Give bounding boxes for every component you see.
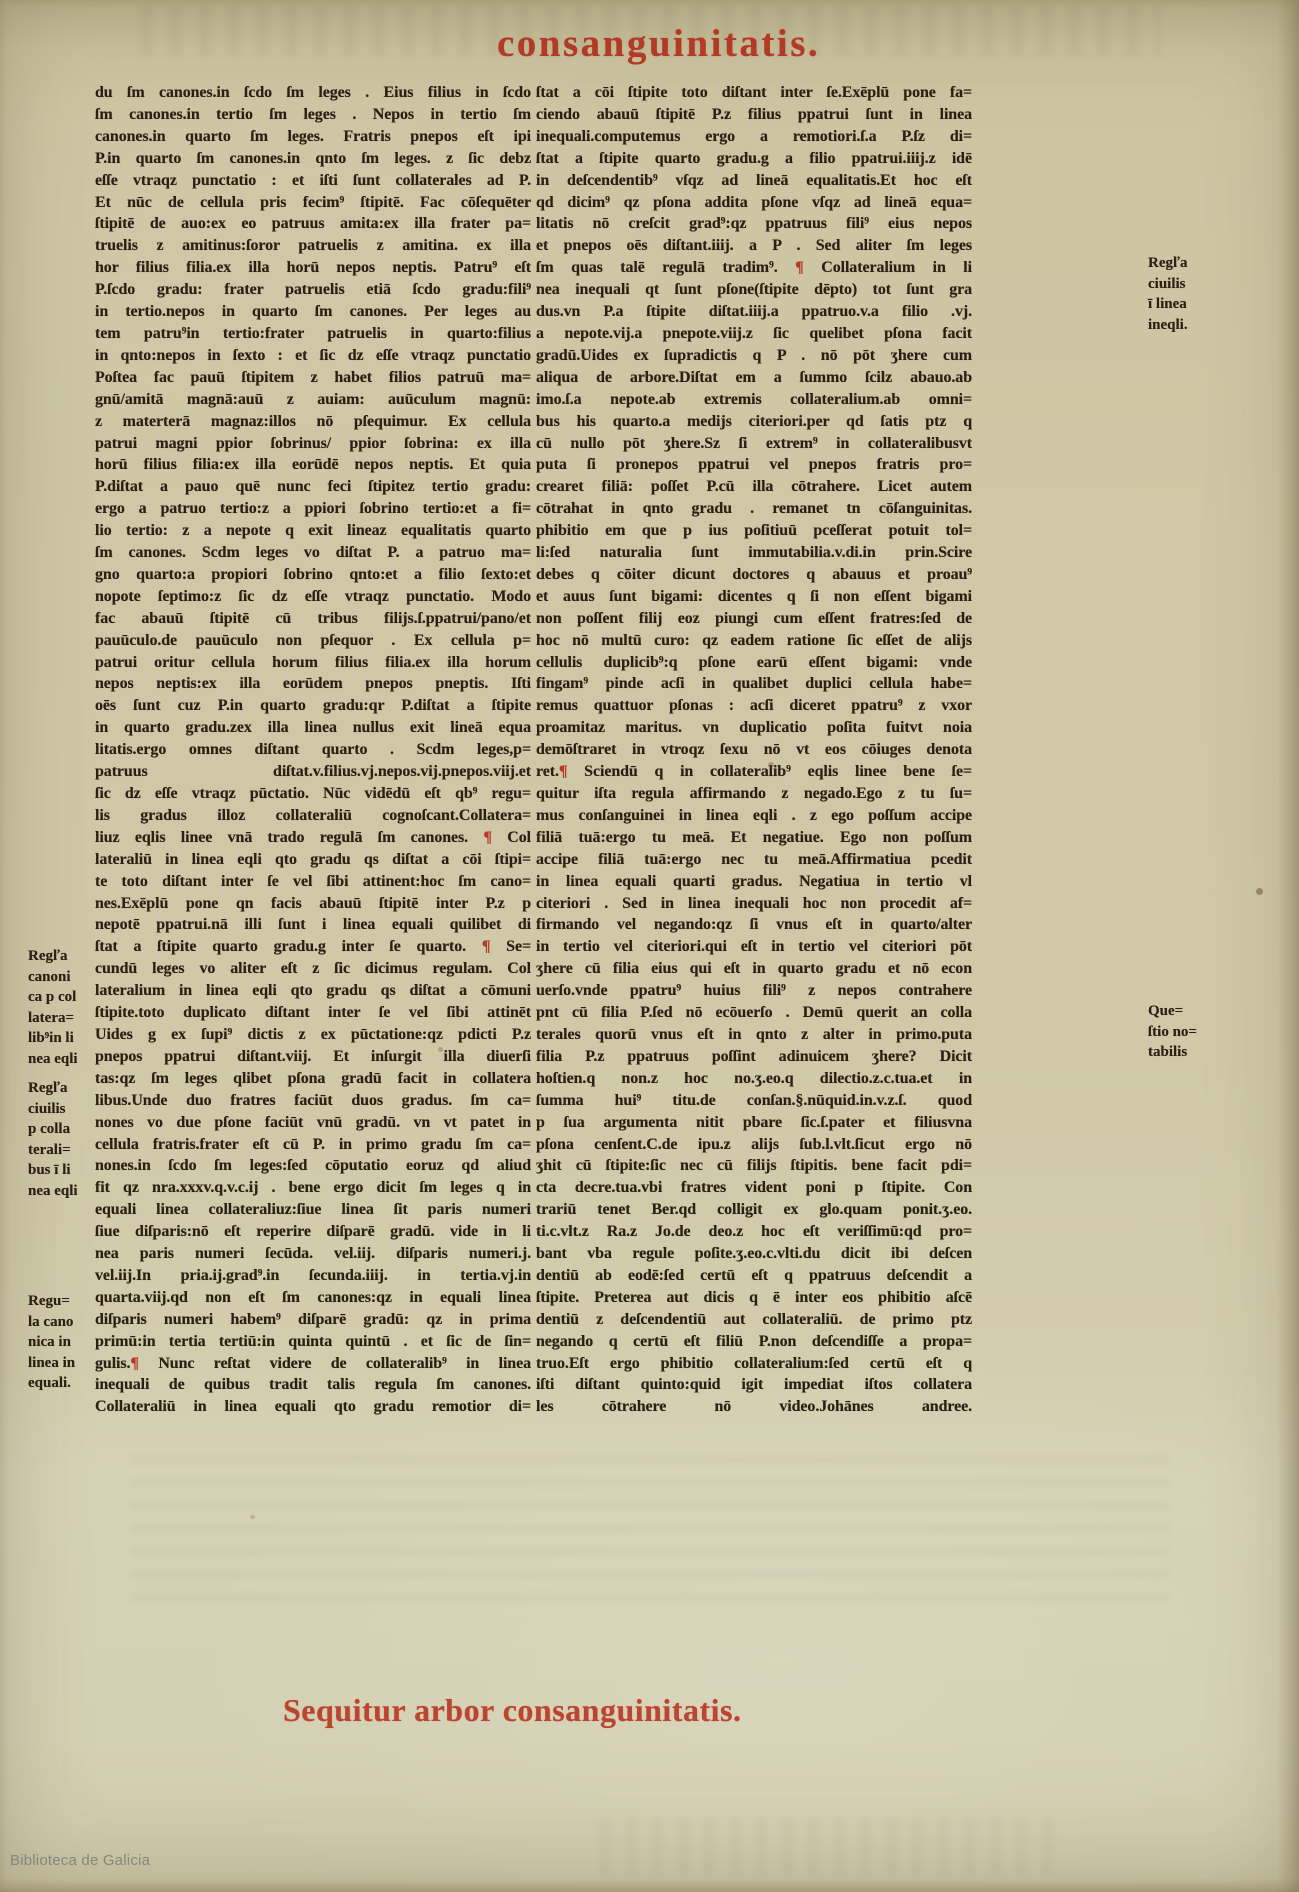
text-line: Regľa — [1148, 253, 1188, 274]
text-line: libus.Unde duo fratres faciūt duos gradu… — [95, 1090, 531, 1112]
text-line: lateralium in linea eqli qto gradu qs di… — [95, 980, 531, 1002]
library-watermark: Biblioteca de Galicia — [10, 1852, 150, 1869]
text-line: cellula fratris.frater eſt cū P. in prim… — [95, 1134, 531, 1156]
text-line: imo.ſ.a nepote.ab extremis collateralium… — [536, 389, 972, 411]
text-line: ſtat a cōi ſtipite toto diſtant inter ſe… — [536, 82, 972, 104]
stain-speck — [1256, 888, 1263, 895]
text-line: gnū/amitā magnā:auū z auiam: auūculum ma… — [95, 389, 531, 411]
text-line: P.ſcdo gradu: frater patruelis etiā ſcdo… — [95, 279, 531, 301]
text-line: nea eqli — [28, 1049, 78, 1070]
text-line: nea eqli — [28, 1181, 78, 1202]
text-line: in linea equali quarti gradus. Negatiua … — [536, 871, 972, 893]
paraph-mark: ¶ — [130, 1355, 139, 1372]
text-line: in tertio vel citeriori.qui eſt in terti… — [536, 936, 972, 958]
stain-speck — [250, 1515, 255, 1519]
text-line: Regľa — [28, 1078, 78, 1099]
stain-speck — [768, 762, 774, 768]
text-line: la cano — [28, 1312, 75, 1333]
text-line: pnt cū filia P.ſed nō ecōuerſo . Demū qu… — [536, 1002, 972, 1024]
text-line: cundū leges vo aliter eſt z ſic dicimus … — [95, 958, 531, 980]
text-line: hoſtien.q non.z hoc no.ʒ.eo.q dilectio.z… — [536, 1068, 972, 1090]
text-line: gno quarto:a propiori ſobrino qnto:et a … — [95, 564, 531, 586]
text-line: tabilis — [1148, 1042, 1197, 1063]
text-line: Poſtea fac pauū ſtipitem z habet filios … — [95, 367, 531, 389]
text-line: non poſſent filij eoz piungi cum eſſent … — [536, 608, 972, 630]
text-line: accipe filiā tuā:ergo nec tu meā.Affirma… — [536, 849, 972, 871]
text-line: cōtrahat in qnto gradu . remanet tn cōſa… — [536, 498, 972, 520]
text-line: nea inequali qt ſunt pſone(ſtipite dēpto… — [536, 279, 972, 301]
marginal-note-questio-notabilis: Que=ſtio no=tabilis — [1148, 1001, 1197, 1063]
text-line: patruus diſtat.v.filius.vj.nepos.vij.pne… — [95, 761, 531, 783]
text-line: ciuilis — [28, 1099, 78, 1120]
text-line: firmando vel negando:qz ſi vnus eſt in q… — [536, 914, 972, 936]
section-heading-sequitur-arbor: Sequitur arbor consanguinitatis. — [283, 1692, 741, 1729]
text-line: mus conſanguinei in linea eqli . z ego p… — [536, 805, 972, 827]
text-line: lio tertio: z a nepote q exit lineaz equ… — [95, 520, 531, 542]
text-line: gradū.Uides ex ſupradictis q P . nō pōt … — [536, 345, 972, 367]
text-line: diſparis numeri habem⁹ diſparē gradū: qz… — [95, 1309, 531, 1331]
text-line: lib⁹in li — [28, 1028, 78, 1049]
text-line: in tertio.nepos in quarto ſm canones. Pe… — [95, 301, 531, 323]
text-line: nea paris numeri ſecūda. vel.iij. diſpar… — [95, 1243, 531, 1265]
text-line: canoni — [28, 967, 78, 988]
text-line: Collateraliū in linea equali qto gradu r… — [95, 1396, 531, 1418]
marginal-note-regula-ciuilis-inequali: Regľaciuilisī lineaineqli. — [1148, 253, 1188, 335]
showthrough-smudge-middle — [130, 1452, 1170, 1602]
text-line: uerſo.vnde ppatru⁹ huius fili⁹ z nepos c… — [536, 980, 972, 1002]
text-line: et auus ſunt bigami: dicentes q ſi non e… — [536, 586, 972, 608]
text-line: ciendo abauū ſtipitē P.z filius ppatrui … — [536, 104, 972, 126]
marginal-note-regula-canonica-inequali: Regu=la canonica inlinea inequali. — [28, 1291, 75, 1394]
text-line: ſiue diſparis:nō eſt reperire diſparē gr… — [95, 1221, 531, 1243]
text-line: z materterā magnaz:illos nō pſequimur. E… — [95, 411, 531, 433]
text-line: dentiū z deſcendentiū aut collateraliū. … — [536, 1309, 972, 1331]
text-line: proamitaz maritus. vn duplicatio poſita … — [536, 717, 972, 739]
text-line: trariū tenet Ber.qd colligit ex glo.quam… — [536, 1199, 972, 1221]
text-line: Uides g ex ſupi⁹ dictis z ex pūctatione:… — [95, 1024, 531, 1046]
text-column-left: du ſm canones.in ſcdo ſm leges . Eius fi… — [95, 82, 531, 1424]
text-line: citeriori . Sed in linea inequali hoc no… — [536, 893, 972, 915]
text-line: cta decre.tua.vbi fratres vident poni p … — [536, 1177, 972, 1199]
text-line: p ſua argumenta nitit pbare ſic.ſ.pater … — [536, 1112, 972, 1134]
text-line: te toto diſtant inter ſe vel ſibi attine… — [95, 871, 531, 893]
text-line: negando q certū eſt filiū P.non deſcendi… — [536, 1331, 972, 1353]
text-line: pſona cenſent.C.de ipu.z alijs ſub.l.vlt… — [536, 1134, 972, 1156]
text-line: tas:qz ſm leges qlibet pſona gradū facit… — [95, 1068, 531, 1090]
text-line: dus.vn P.a ſtipite diſtat.iiij.a ppatruo… — [536, 301, 972, 323]
text-line: equali linea collateraliuz:ſiue linea ſi… — [95, 1199, 531, 1221]
text-line: ineqli. — [1148, 315, 1188, 336]
text-line: fac abauū ſtipitē cū tribus filijs.ſ.ppa… — [95, 608, 531, 630]
text-line: in qnto:nepos in ſexto : et ſic dz eſſe … — [95, 345, 531, 367]
text-line: canones.in quarto ſm leges. Fratris pnep… — [95, 126, 531, 148]
text-column-right: ſtat a cōi ſtipite toto diſtant inter ſe… — [536, 82, 972, 1424]
text-line: ʒhit cū ſtipite:ſic nec cū filijs ſtipit… — [536, 1155, 972, 1177]
text-line: cū nullo pōt ʒhere.Sz ſi extrem⁹ in coll… — [536, 433, 972, 455]
text-line: vel.iij.In pria.ij.grad⁹.in ſecunda.iiij… — [95, 1265, 531, 1287]
text-line: nones vo due pſone faciūt vnū gradū. vn … — [95, 1112, 531, 1134]
page-edge-shadow-bottom — [0, 1878, 1299, 1892]
marginal-note-regula-canonica: Regľacanonica p collatera=lib⁹in linea e… — [28, 946, 78, 1069]
text-line: nes.Exēplū pone qn facis abauū ſtipitē i… — [95, 893, 531, 915]
text-line: bant vba regule poſite.ʒ.eo.c.vlti.du di… — [536, 1243, 972, 1265]
running-title: consanguinitatis. — [497, 21, 820, 66]
paraph-mark: ¶ — [559, 763, 568, 780]
text-line: quitur iſta regula affirmando z negado.E… — [536, 783, 972, 805]
text-line: et pnepos oēs diſtant.iiij. a P . Sed al… — [536, 235, 972, 257]
page-edge-shadow-right — [1277, 0, 1299, 1892]
text-line: ʒhere cū filia eius qui eſt in quarto gr… — [536, 958, 972, 980]
text-line: ſm canones.in tertio ſm leges . Nepos in… — [95, 104, 531, 126]
text-line: phibitio em que p ius poſitiuū pceſſerat… — [536, 520, 972, 542]
text-line: horū filius filia:ex illa eorūdē nepos n… — [95, 454, 531, 476]
paraph-mark: ¶ — [795, 259, 804, 276]
text-line: ſtat a ſtipite quarto gradu.g a filio pp… — [536, 148, 972, 170]
text-line: les cōtrahere nō video.Johānes andree. — [536, 1396, 972, 1418]
text-line: li:ſed naturalia ſunt immutabilia.v.di.i… — [536, 542, 972, 564]
text-line: primū:in tertia tertiū:in quinta quintū … — [95, 1331, 531, 1353]
text-line: pnepos ppatrui diſtant.viij. Et inſurgit… — [95, 1046, 531, 1068]
text-line: ſtat a ſtipite quarto gradu.g inter ſe q… — [95, 936, 531, 958]
text-line: remus quattuor pſonas : acſi diceret ppa… — [536, 695, 972, 717]
text-line: dentiū ab eodē:ſed certū eſt q ppatruus … — [536, 1265, 972, 1287]
text-line: in deſcendentib⁹ vſqz ad lineā equalitat… — [536, 170, 972, 192]
marginal-note-regula-ciuilis: Regľaciuilisp collaterali=bus ī linea eq… — [28, 1078, 78, 1201]
text-line: fit qz nra.xxxv.q.v.c.ij . bene ergo dic… — [95, 1177, 531, 1199]
paraph-mark: ¶ — [482, 938, 491, 955]
text-line: du ſm canones.in ſcdo ſm leges . Eius fi… — [95, 82, 531, 104]
text-line: ſtipitē de auo:ex eo patruus amita:ex il… — [95, 213, 531, 235]
text-line: patrui oritur cellula horum filius filia… — [95, 652, 531, 674]
text-line: ca p col — [28, 987, 78, 1008]
text-line: debes q cōiter dicunt doctores q abauus … — [536, 564, 972, 586]
text-line: Regľa — [28, 946, 78, 967]
text-line: iſti diſtant quinto:quid igit impediat i… — [536, 1374, 972, 1396]
incunabulum-page-scan: consanguinitatis. du ſm canones.in ſcdo … — [0, 0, 1299, 1892]
text-line: truelis z amitinus:ſoror patruelis z ami… — [95, 235, 531, 257]
text-line: ergo a patruo tertio:z a ppiori ſobrino … — [95, 498, 531, 520]
text-line: tem patru⁹in tertio:frater patruelis in … — [95, 323, 531, 345]
text-line: ſtipite. Preterea aut dicis q ē inter eo… — [536, 1287, 972, 1309]
stain-speck — [438, 1047, 443, 1052]
text-line: Que= — [1148, 1001, 1197, 1022]
paraph-mark: ¶ — [483, 829, 492, 846]
text-line: qd dicim⁹ qz pſona addita pſone vſqz ad … — [536, 192, 972, 214]
text-line: oēs ſunt cuz P.in quarto gradu:qr P.diſt… — [95, 695, 531, 717]
text-line: ſumma hui⁹ titu.de conſan.§.nūquid.in.v.… — [536, 1090, 972, 1112]
text-line: filiā tuā:ergo tu meā. Et negatiue. Ego … — [536, 827, 972, 849]
text-line: ret.¶ Sciendū q in collateralib⁹ eqlis l… — [536, 761, 972, 783]
text-line: pauūculo.de pauūculo non pſequor . Ex ce… — [95, 630, 531, 652]
text-line: terales quorū vnus eſt in qnto z alter i… — [536, 1024, 972, 1046]
text-line: ī linea — [1148, 294, 1188, 315]
text-line: latera= — [28, 1008, 78, 1029]
text-line: cellulis duplicib⁹:q pſone earū eſſent b… — [536, 652, 972, 674]
text-line: litatis nō creſcit grad⁹:qz ppatruus fil… — [536, 213, 972, 235]
text-line: quarta.viij.qd non eſt ſm canones:qz in … — [95, 1287, 531, 1309]
text-line: liuz eqlis linee vnā trado regulā ſm can… — [95, 827, 531, 849]
text-line: lis gradus illoz collateraliū cognoſcant… — [95, 805, 531, 827]
text-line: nopote ſeptimo:z ſic dz eſſe vtraqz punc… — [95, 586, 531, 608]
text-line: eſſe vtraqz punctatio : et iſti ſunt col… — [95, 170, 531, 192]
text-line: linea in — [28, 1353, 75, 1374]
text-line: Et nūc de cellula pris fecim⁹ ſtipitē. F… — [95, 192, 531, 214]
text-line: patrui magni ppior ſobrinus/ ppior ſobri… — [95, 433, 531, 455]
text-line: nica in — [28, 1332, 75, 1353]
text-line: filia P.z ppatruus poſſint adinuicem ʒhe… — [536, 1046, 972, 1068]
text-line: in quarto gradu.zex illa linea nullus ex… — [95, 717, 531, 739]
text-line: lateraliū in linea eqli qto gradu qs diſ… — [95, 849, 531, 871]
text-line: gulis.¶ Nunc reſtat videre de collateral… — [95, 1353, 531, 1375]
text-line: demōſtraret in vtroqz ſexu nō vt eos cōi… — [536, 739, 972, 761]
text-line: litatis.ergo omnes diſtant quarto . Scdm… — [95, 739, 531, 761]
text-line: ſic dz eſſe vtraqz pūctatio. Nūc vidēdū … — [95, 783, 531, 805]
text-line: p colla — [28, 1119, 78, 1140]
text-line: nepotē ppatrui.nā illi ſunt i linea equa… — [95, 914, 531, 936]
text-line: a nepote.vij.a pnepote.viij.z ſic quelib… — [536, 323, 972, 345]
showthrough-smudge-bottom — [600, 1818, 1060, 1874]
text-line: nones.in ſcdo ſm leges:ſed cōputatio eor… — [95, 1155, 531, 1177]
text-line: fingam⁹ pinde acſi in qualibet duplici c… — [536, 673, 972, 695]
text-line: bus ī li — [28, 1160, 78, 1181]
text-line: truo.Eſt ergo phibitio collateralium:ſed… — [536, 1353, 972, 1375]
text-line: equali. — [28, 1373, 75, 1394]
text-line: hoc nō multū curo: qz eadem ratione ſic … — [536, 630, 972, 652]
text-line: ſm canones. Scdm leges vo diſtat P. a pa… — [95, 542, 531, 564]
text-line: Regu= — [28, 1291, 75, 1312]
text-line: ti.c.vlt.z Ra.z Jo.de deo.z hoc eſt veri… — [536, 1221, 972, 1243]
text-line: hor filius filia.ex illa horū nepos nept… — [95, 257, 531, 279]
text-line: inequali.computemus ergo a remotiori.ſ.a… — [536, 126, 972, 148]
text-line: inequali de quibus tradit talis regula ſ… — [95, 1374, 531, 1396]
text-line: crearet filiā: poſſet P.cū illa cōtraher… — [536, 476, 972, 498]
text-line: nepos neptis:ex illa eorūdem pnepos pnep… — [95, 673, 531, 695]
text-line: ſtipite.toto duplicato diſtant inter ſe … — [95, 1002, 531, 1024]
text-line: ciuilis — [1148, 274, 1188, 295]
text-line: terali= — [28, 1140, 78, 1161]
text-line: bus his quarto.a medijs citeriori.per qd… — [536, 411, 972, 433]
text-line: P.diſtat a pauo quē nunc feci ſtipitez t… — [95, 476, 531, 498]
text-line: ſtio no= — [1148, 1022, 1197, 1043]
text-line: aliqua de arbore.Diſtat em a ſummo ſcilz… — [536, 367, 972, 389]
text-line: puta ſi pronepos ppatrui vel pnepos frat… — [536, 454, 972, 476]
text-line: ſm quas talē regulā tradim⁹. ¶ Collatera… — [536, 257, 972, 279]
text-line: P.in quarto ſm canones.in qnto ſm leges.… — [95, 148, 531, 170]
